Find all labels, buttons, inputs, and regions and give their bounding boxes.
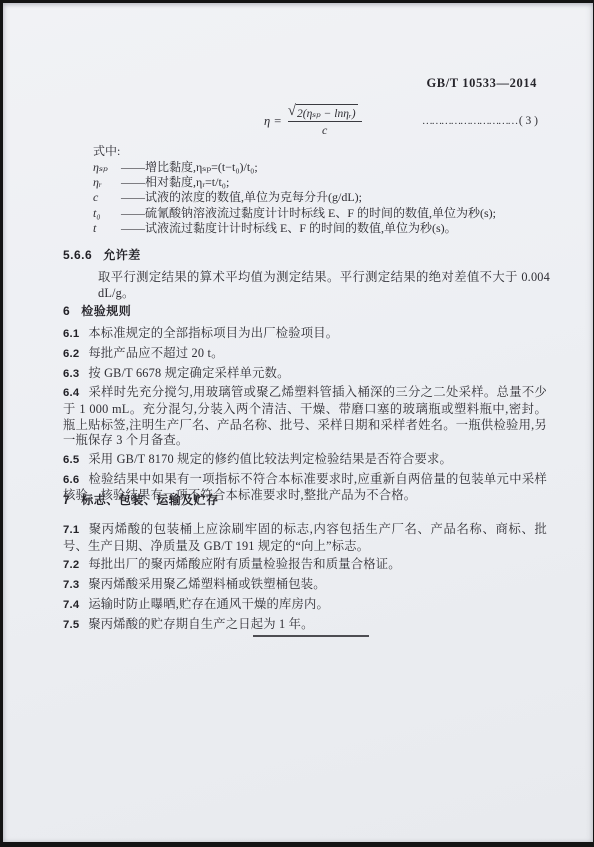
clause-row: 7.5聚丙烯酸的贮存期自生产之日起为 1 年。 xyxy=(63,617,547,634)
fraction-denominator: c xyxy=(322,122,327,138)
term-row: ηₛₚ ——增比黏度,ηₛₚ=(t−t₀)/t₀; xyxy=(93,160,545,175)
term-definition: ——试液流过黏度计计时标线 E、F 的时间的数值,单位为秒(s)。 xyxy=(121,221,545,236)
term-definition: ——增比黏度,ηₛₚ=(t−t₀)/t₀; xyxy=(121,160,545,175)
clause-text: 本标准规定的全部指标项目为出厂检验项目。 xyxy=(88,326,338,340)
clause-number: 6.4 xyxy=(63,387,79,399)
clause-number: 6.5 xyxy=(63,454,79,466)
standard-code: GB/T 10533—2014 xyxy=(426,76,537,91)
clause-number: 7.1 xyxy=(63,524,79,536)
clause-5-6-6-body: 取平行测定结果的算术平均值为测定结果。平行测定结果的绝对差值不大于 0.004 … xyxy=(98,270,550,301)
clause-number: 7.2 xyxy=(63,559,79,571)
term-symbol: c xyxy=(93,190,121,205)
fraction: √ 2(ηₛₚ − lnηᵣ) c xyxy=(288,104,362,138)
clause-number: 6.3 xyxy=(63,368,79,380)
term-row: t ——试液流过黏度计计时标线 E、F 的时间的数值,单位为秒(s)。 xyxy=(93,221,545,236)
equation-3: η = √ 2(ηₛₚ − lnηᵣ) c xyxy=(264,104,362,138)
chapter-6-heading: 6检验规则 xyxy=(63,302,131,319)
end-of-document-rule xyxy=(253,635,369,637)
term-row: t₀ ——硫氰酸钠溶液流过黏度计计时标线 E、F 的时间的数值,单位为秒(s); xyxy=(93,206,545,221)
clause-5-6-6-heading: 5.6.6允许差 xyxy=(63,246,141,263)
equation-row: η = √ 2(ηₛₚ − lnηᵣ) c ………………………… ( 3 ) xyxy=(3,99,593,143)
clause-text: 聚丙烯酸采用聚乙烯塑料桶或铁塑桶包装。 xyxy=(88,577,325,591)
equation-number-label: ( 3 ) xyxy=(519,115,538,127)
where-clause: 式中: ηₛₚ ——增比黏度,ηₛₚ=(t−t₀)/t₀; ηᵣ ——相对黏度,… xyxy=(93,144,545,236)
heading-number: 6 xyxy=(63,304,70,318)
clause-text: 聚丙烯酸的包装桶上应涂刷牢固的标志,内容包括生产厂名、产品名称、商标、批号、生产… xyxy=(63,522,547,553)
clause-text: 按 GB/T 6678 规定确定采样单元数。 xyxy=(88,366,289,380)
clause-row: 7.4运输时防止曝晒,贮存在通风干燥的库房内。 xyxy=(63,597,547,614)
term-symbol: t₀ xyxy=(93,206,121,221)
clause-row: 6.4采样时先充分搅匀,用玻璃管或聚乙烯塑料管插入桶深的三分之二处采样。总量不少… xyxy=(63,385,547,448)
chapter-7-clauses: 7.1聚丙烯酸的包装桶上应涂刷牢固的标志,内容包括生产厂名、产品名称、商标、批号… xyxy=(63,522,547,637)
document-page: GB/T 10533—2014 η = √ 2(ηₛₚ − lnηᵣ) c ……… xyxy=(3,3,593,842)
chapter-6-clauses: 6.1本标准规定的全部指标项目为出厂检验项目。 6.2每批产品应不超过 20 t… xyxy=(63,326,547,507)
clause-row: 7.3聚丙烯酸采用聚乙烯塑料桶或铁塑桶包装。 xyxy=(63,577,547,594)
heading-number: 5.6.6 xyxy=(63,248,92,262)
clause-row: 6.2每批产品应不超过 20 t。 xyxy=(63,346,547,363)
clause-number: 6.2 xyxy=(63,348,79,360)
term-symbol: ηᵣ xyxy=(93,175,121,190)
clause-number: 7.4 xyxy=(63,599,79,611)
heading-title: 检验规则 xyxy=(81,304,131,318)
clause-number: 6.1 xyxy=(63,328,79,340)
clause-row: 6.5采用 GB/T 8170 规定的修约值比较法判定检验结果是否符合要求。 xyxy=(63,452,547,469)
sqrt-sign: √ xyxy=(288,104,296,119)
dot-leader: ………………………… xyxy=(422,115,517,127)
clause-text: 每批出厂的聚丙烯酸应附有质量检验报告和质量合格证。 xyxy=(88,557,400,571)
equation-lhs: η = xyxy=(264,114,282,129)
heading-title: 允许差 xyxy=(103,248,141,262)
clause-text: 采样时先充分搅匀,用玻璃管或聚乙烯塑料管插入桶深的三分之二处采样。总量不少于 1… xyxy=(63,385,547,447)
chapter-7-heading: 7标志、包装、运输及贮存 xyxy=(63,491,219,508)
radicand: 2(ηₛₚ − lnηᵣ) xyxy=(296,104,358,120)
term-row: ηᵣ ——相对黏度,ηᵣ=t/t₀; xyxy=(93,175,545,190)
clause-row: 6.1本标准规定的全部指标项目为出厂检验项目。 xyxy=(63,326,547,343)
clause-text: 采用 GB/T 8170 规定的修约值比较法判定检验结果是否符合要求。 xyxy=(88,452,452,466)
clause-text: 聚丙烯酸的贮存期自生产之日起为 1 年。 xyxy=(88,617,313,631)
term-row: c ——试液的浓度的数值,单位为克每分升(g/dL); xyxy=(93,190,545,205)
term-symbol: ηₛₚ xyxy=(93,160,121,175)
clause-number: 6.6 xyxy=(63,474,79,486)
clause-row: 7.2每批出厂的聚丙烯酸应附有质量检验报告和质量合格证。 xyxy=(63,557,547,574)
term-definition: ——试液的浓度的数值,单位为克每分升(g/dL); xyxy=(121,190,545,205)
fraction-numerator: √ 2(ηₛₚ − lnηᵣ) xyxy=(288,104,362,122)
heading-number: 7 xyxy=(63,493,70,507)
clause-text: 运输时防止曝晒,贮存在通风干燥的库房内。 xyxy=(88,597,329,611)
clause-number: 7.3 xyxy=(63,579,79,591)
term-definition: ——硫氰酸钠溶液流过黏度计计时标线 E、F 的时间的数值,单位为秒(s); xyxy=(121,206,545,221)
term-definition: ——相对黏度,ηᵣ=t/t₀; xyxy=(121,175,545,190)
clause-row: 6.3按 GB/T 6678 规定确定采样单元数。 xyxy=(63,366,547,383)
heading-title: 标志、包装、运输及贮存 xyxy=(81,493,219,507)
clause-text: 每批产品应不超过 20 t。 xyxy=(88,346,223,360)
clause-number: 7.5 xyxy=(63,619,79,631)
equation-number: ………………………… ( 3 ) xyxy=(422,115,538,127)
clause-row: 7.1聚丙烯酸的包装桶上应涂刷牢固的标志,内容包括生产厂名、产品名称、商标、批号… xyxy=(63,522,547,554)
term-symbol: t xyxy=(93,221,121,236)
where-intro: 式中: xyxy=(93,144,545,159)
